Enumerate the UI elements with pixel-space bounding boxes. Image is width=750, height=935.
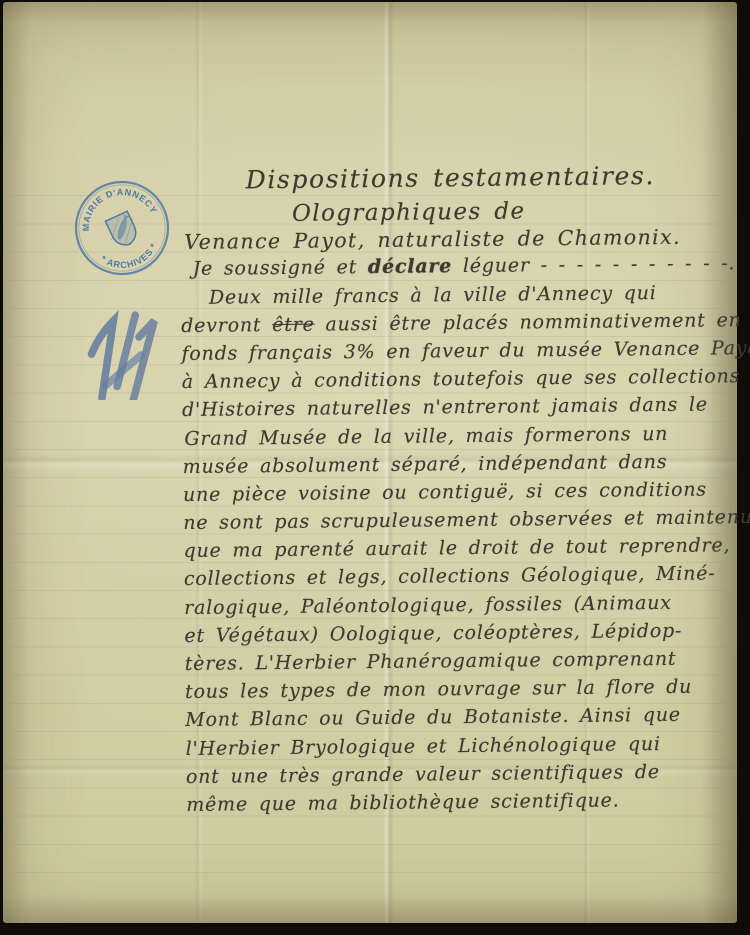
manuscript-text: Mont Blanc ou Guide du Botaniste. Ainsi … bbox=[185, 704, 681, 731]
manuscript-text: Olographiques de bbox=[292, 198, 526, 226]
manuscript-text: tous les types de mon ouvrage sur la flo… bbox=[185, 676, 692, 703]
manuscript-text: même que ma bibliothèque scientifique. bbox=[186, 789, 619, 816]
manuscript-text: devront bbox=[181, 314, 272, 337]
manuscript-line: même que ma bibliothèque scientifique. bbox=[186, 788, 743, 822]
manuscript-text: Deux mille francs à la ville d'Annecy qu… bbox=[209, 282, 657, 309]
manuscript-text: être bbox=[272, 313, 315, 335]
manuscript-text: tères. L'Herbier Phanérogamique comprena… bbox=[185, 648, 677, 675]
annecy-shield-icon bbox=[103, 209, 143, 250]
manuscript-text: d'Histoires naturelles n'entreront jamai… bbox=[182, 394, 708, 422]
manuscript-text: une pièce voisine ou contiguë, si ces co… bbox=[183, 478, 707, 505]
archive-stamp: MAIRIE D'ANNECY * ARCHIVES * bbox=[61, 167, 183, 289]
manuscript-line: Dispositions testamentaires. bbox=[246, 160, 737, 201]
manuscript-text: ralogique, Paléontologique, fossiles (An… bbox=[184, 592, 672, 619]
manuscript-text: à Annecy à conditions toutefois que ses … bbox=[182, 365, 741, 393]
manuscript-text: déclare bbox=[368, 256, 452, 279]
manuscript-text: Grand Musée de la ville, mais formerons … bbox=[184, 422, 668, 449]
document-page: MAIRIE D'ANNECY * ARCHIVES * Disposition… bbox=[3, 2, 737, 923]
manuscript-text: aussi être placés nomminativement en bbox=[315, 309, 742, 335]
manuscript-text: Venance Payot, naturaliste de Chamonix. bbox=[184, 225, 681, 254]
manuscript-text: Dispositions testamentaires. bbox=[246, 161, 656, 194]
manuscript-text: l'Herbier Bryologique et Lichénologique … bbox=[186, 733, 661, 760]
manuscript-text: Je soussigné et bbox=[193, 256, 369, 280]
manuscript-text: collections et legs, collections Géologi… bbox=[184, 563, 716, 591]
manuscript-text: et Végétaux) Oologique, coléoptères, Lép… bbox=[184, 620, 682, 647]
manuscript-text: ont une très grande valeur scientifiques… bbox=[186, 761, 660, 788]
manuscript-text: léguer - - - - - - - - - - -. bbox=[452, 253, 735, 278]
manuscript-text-block: Dispositions testamentaires.Olographique… bbox=[180, 160, 744, 822]
crayon-number-mark bbox=[82, 295, 177, 400]
manuscript-text: musée absolument séparé, indépendant dan… bbox=[183, 451, 668, 478]
manuscript-text: que ma parenté aurait le droit de tout r… bbox=[183, 535, 730, 563]
